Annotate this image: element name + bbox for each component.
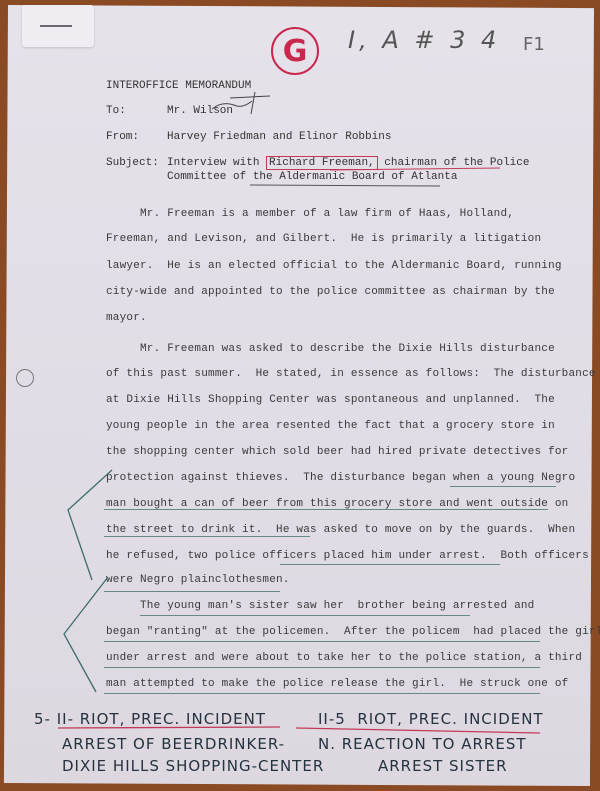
pen-marks (0, 0, 600, 791)
